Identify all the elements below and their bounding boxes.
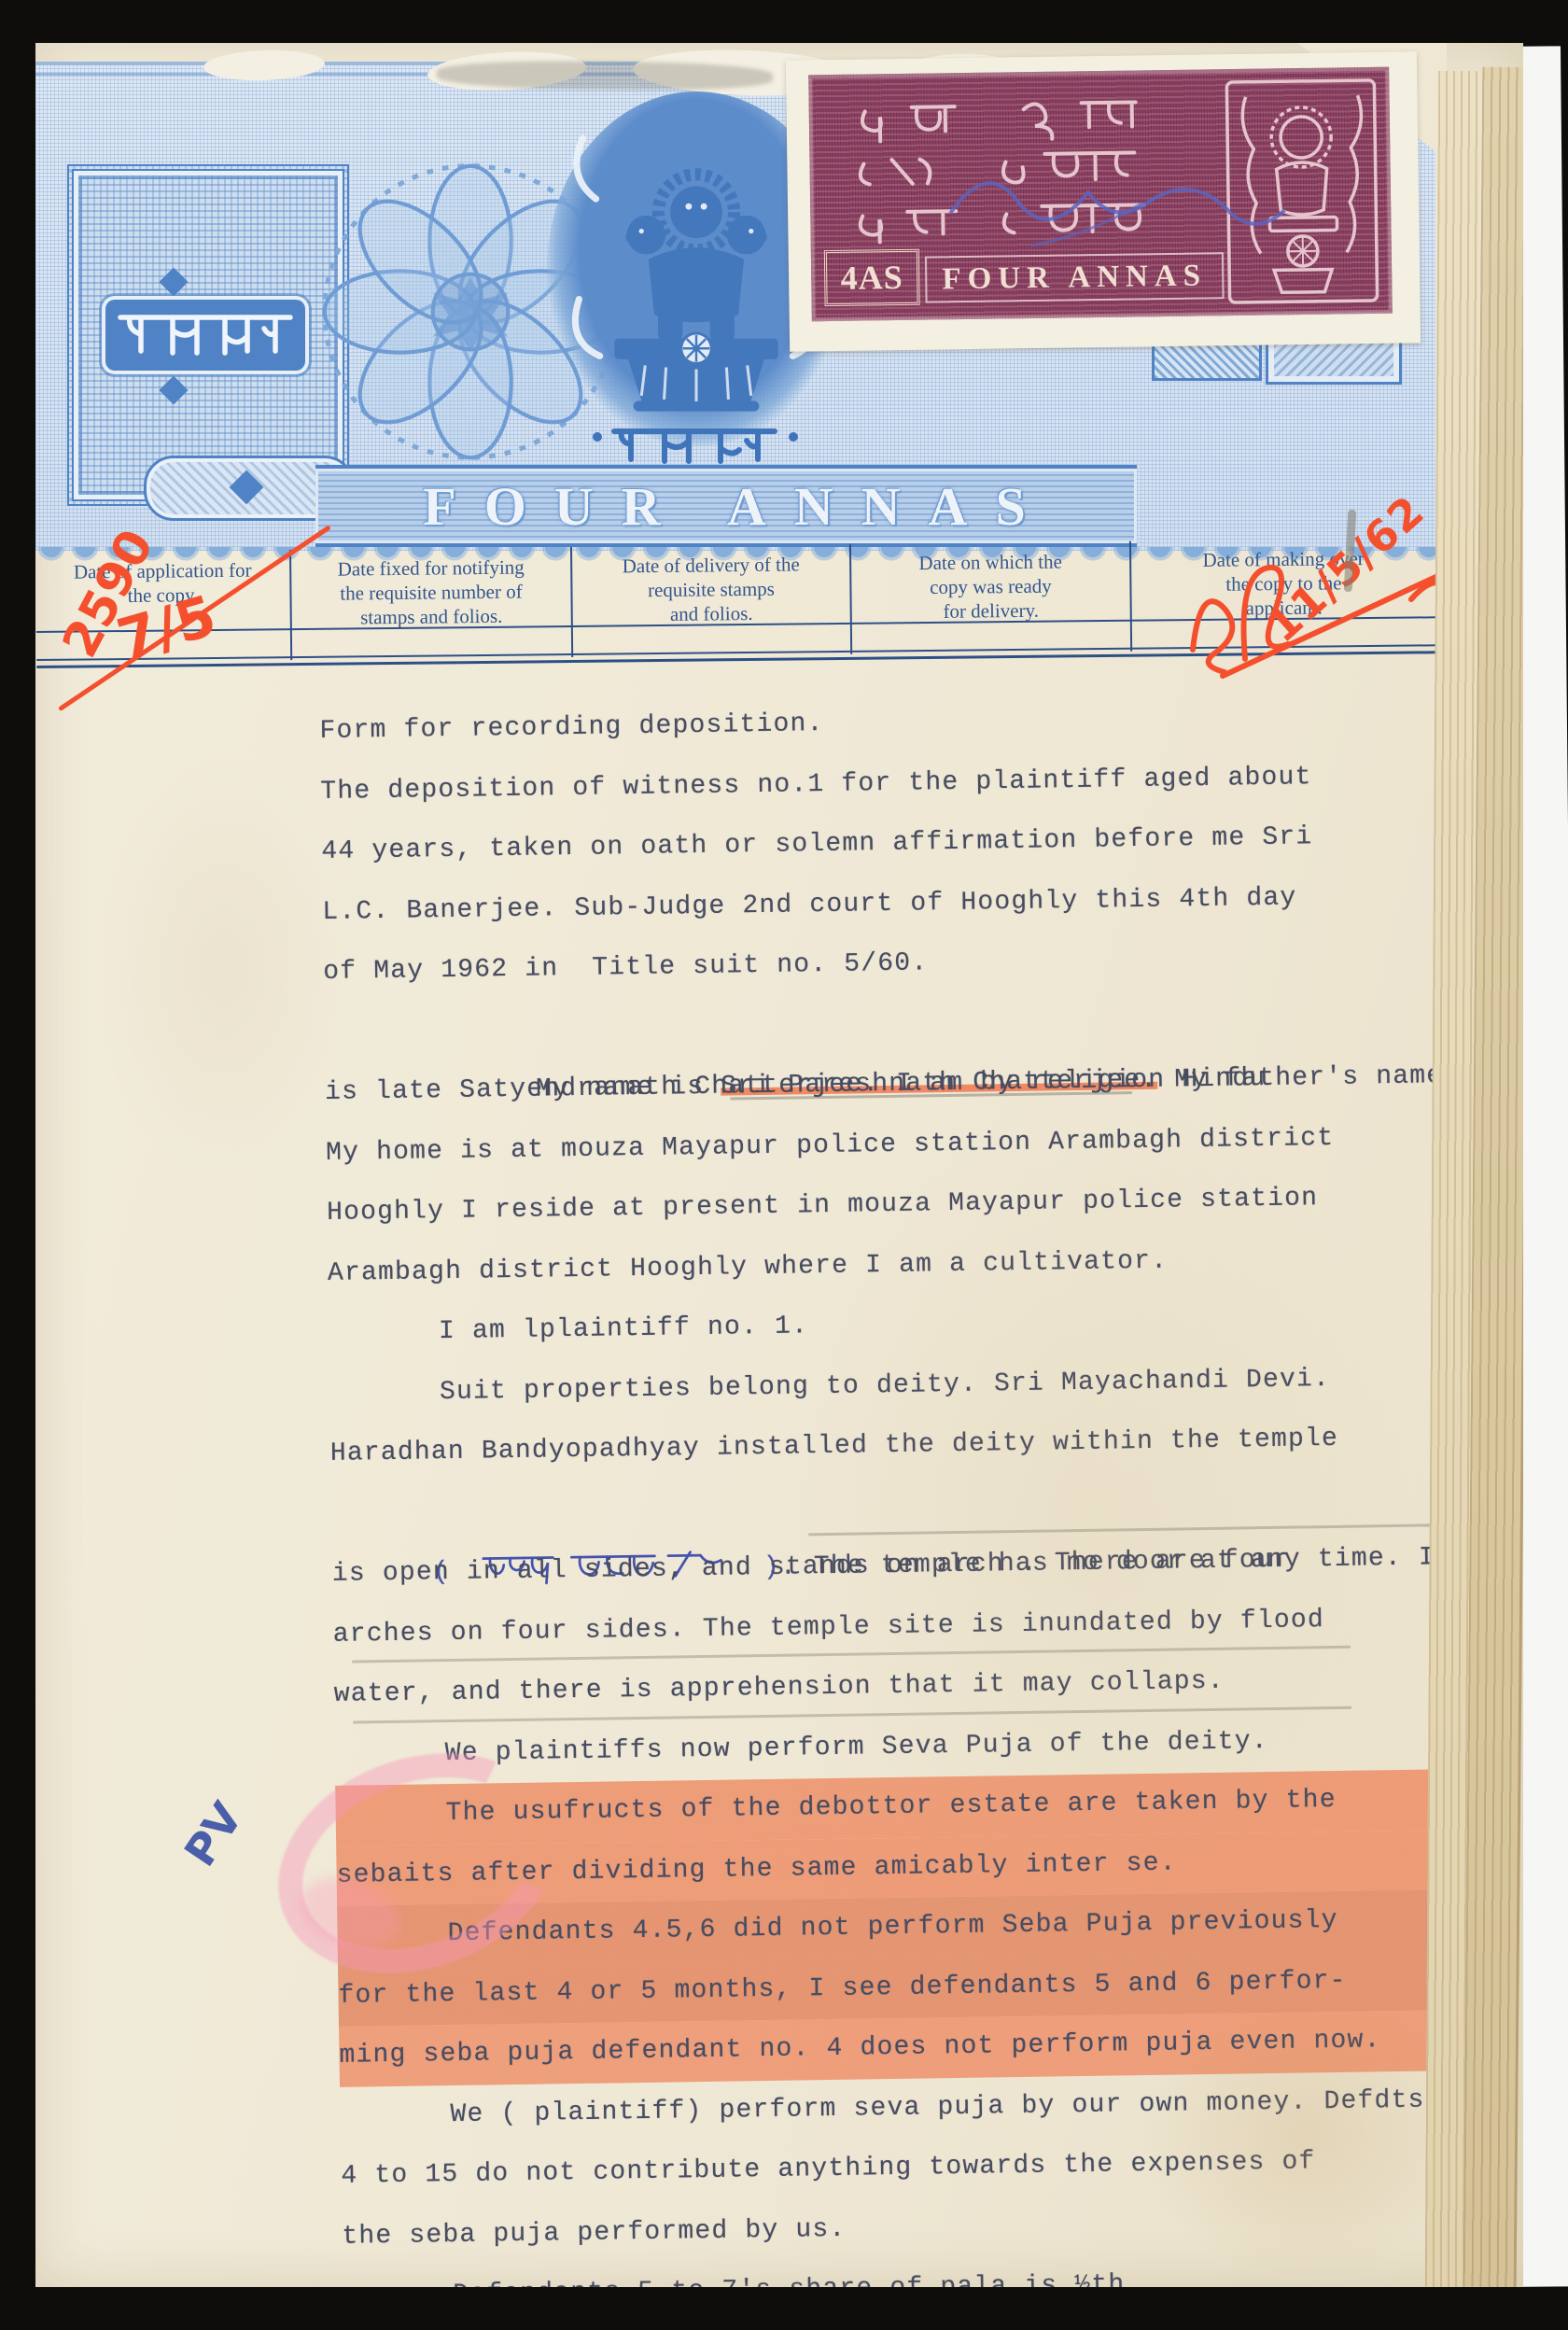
table-header-delivery-stamps-date: Date of delivery of the requisite stamps…	[570, 544, 850, 657]
table-header-notify-date: Date fixed for notifying the requisite n…	[289, 547, 571, 660]
denomination-text: 4AS	[840, 258, 903, 298]
cartouche-diamond	[230, 470, 264, 505]
four-annas-revenue-stamp: 4AS FOUR ANNAS	[808, 67, 1393, 322]
margin-initials: PV	[175, 1793, 253, 1875]
char-anna-ribbon	[105, 300, 305, 371]
table-header-copy-ready-date: Date on which the copy was ready for del…	[849, 541, 1130, 654]
age-stain	[745, 1070, 1417, 1966]
panel-finial	[159, 267, 188, 296]
four-annas-banner-text: FOUR ANNAS	[399, 475, 1053, 538]
stamp-paper-page: FOUR ANNAS	[35, 43, 1523, 2287]
devanagari-4-anna-script	[105, 300, 305, 371]
bharat-script	[582, 420, 806, 469]
panel-finial	[159, 375, 188, 404]
scanned-court-document: { "colors": { "red_ink": "#f4502e", "blu…	[0, 0, 1568, 2330]
age-stain	[1137, 1985, 1473, 2283]
stamp-banner-text: FOUR ANNAS	[942, 259, 1207, 297]
denomination-box: 4AS	[824, 249, 920, 306]
age-stain	[91, 752, 353, 1182]
stamp-four-annas-banner: FOUR ANNAS	[925, 252, 1225, 302]
torn-edge-patch	[203, 49, 325, 83]
four-annas-banner: FOUR ANNAS	[315, 465, 1137, 547]
